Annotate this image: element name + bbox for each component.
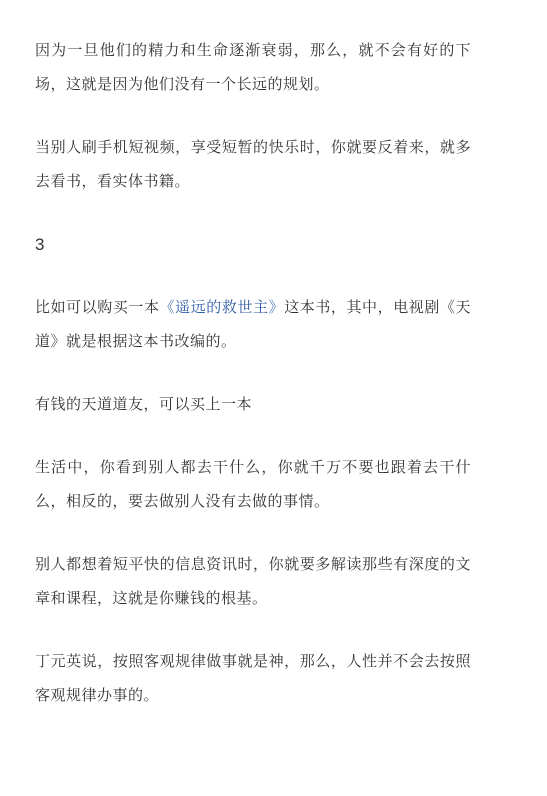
paragraph-2: 当别人刷手机短视频，享受短暂的快乐时，你就要反着来，就多去看书，看实体书籍。 xyxy=(35,131,471,199)
book-title-link[interactable]: 《遥远的救世主》 xyxy=(160,299,285,316)
paragraph-4: 有钱的天道道友，可以买上一本 xyxy=(35,388,471,422)
paragraph-3: 比如可以购买一本《遥远的救世主》这本书，其中，电视剧《天道》就是根据这本书改编的… xyxy=(35,291,471,359)
paragraph-7: 丁元英说，按照客观规律做事就是神，那么，人性并不会去按照客观规律办事的。 xyxy=(35,645,471,713)
paragraph-1: 因为一旦他们的精力和生命逐渐衰弱，那么，就不会有好的下场，这就是因为他们没有一个… xyxy=(35,34,471,102)
article-body: 因为一旦他们的精力和生命逐渐衰弱，那么，就不会有好的下场，这就是因为他们没有一个… xyxy=(0,0,547,713)
paragraph-3-before-link: 比如可以购买一本 xyxy=(35,299,160,316)
paragraph-6: 别人都想着短平快的信息资讯时，你就要多解读那些有深度的文章和课程，这就是你赚钱的… xyxy=(35,548,471,616)
paragraph-5: 生活中，你看到别人都去干什么，你就千万不要也跟着去干什么，相反的，要去做别人没有… xyxy=(35,451,471,519)
section-number: 3 xyxy=(35,228,471,262)
